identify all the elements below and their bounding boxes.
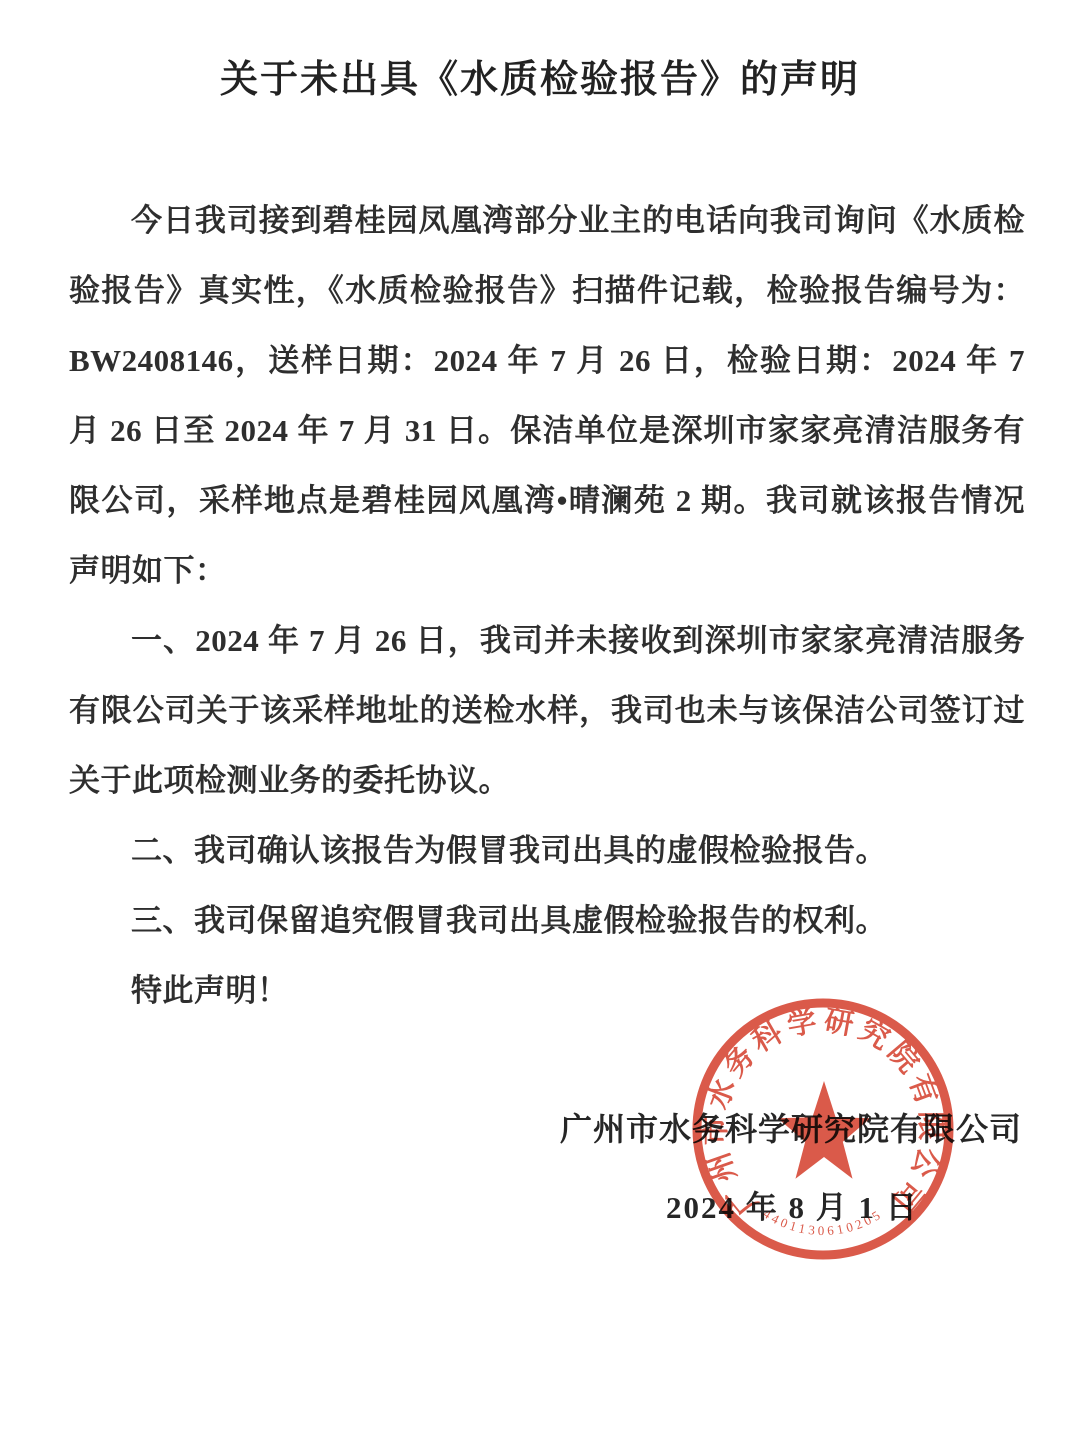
body-line: 一、2024 年 7 月 26 日，我司并未接收到深圳市家家亮清洁服务 xyxy=(69,606,1025,676)
body-line: 声明如下： xyxy=(69,536,1025,606)
body-line: BW2408146，送样日期：2024 年 7 月 26 日，检验日期：2024… xyxy=(69,326,1025,396)
body-line: 二、我司确认该报告为假冒我司出具的虚假检验报告。 xyxy=(69,816,1025,886)
document-title: 关于未出具《水质检验报告》的声明 xyxy=(0,48,1080,103)
body-line: 三、我司保留追究假冒我司出具虚假检验报告的权利。 xyxy=(69,886,1025,956)
body-line: 关于此项检测业务的委托协议。 xyxy=(69,746,1025,816)
document-page: 关于未出具《水质检验报告》的声明 今日我司接到碧桂园凤凰湾部分业主的电话向我司询… xyxy=(0,0,1080,1453)
body-line: 验报告》真实性，《水质检验报告》扫描件记载，检验报告编号为： xyxy=(69,256,1025,326)
body-line: 月 26 日至 2024 年 7 月 31 日。保洁单位是深圳市家家亮清洁服务有 xyxy=(69,396,1025,466)
company-seal-stamp: 广州市水务科学研究院有限公司 4401130610205 xyxy=(683,989,963,1269)
document-body: 今日我司接到碧桂园凤凰湾部分业主的电话向我司询问《水质检 验报告》真实性，《水质… xyxy=(69,186,1025,1026)
body-line: 限公司，采样地点是碧桂园风凰湾•晴澜苑 2 期。我司就该报告情况 xyxy=(69,466,1025,536)
body-line: 有限公司关于该采样地址的送检水样，我司也未与该保洁公司签订过 xyxy=(69,676,1025,746)
body-line: 今日我司接到碧桂园凤凰湾部分业主的电话向我司询问《水质检 xyxy=(69,186,1025,256)
stamp-code-number: 4401130610205 xyxy=(760,1206,885,1238)
star-icon xyxy=(778,1081,871,1179)
